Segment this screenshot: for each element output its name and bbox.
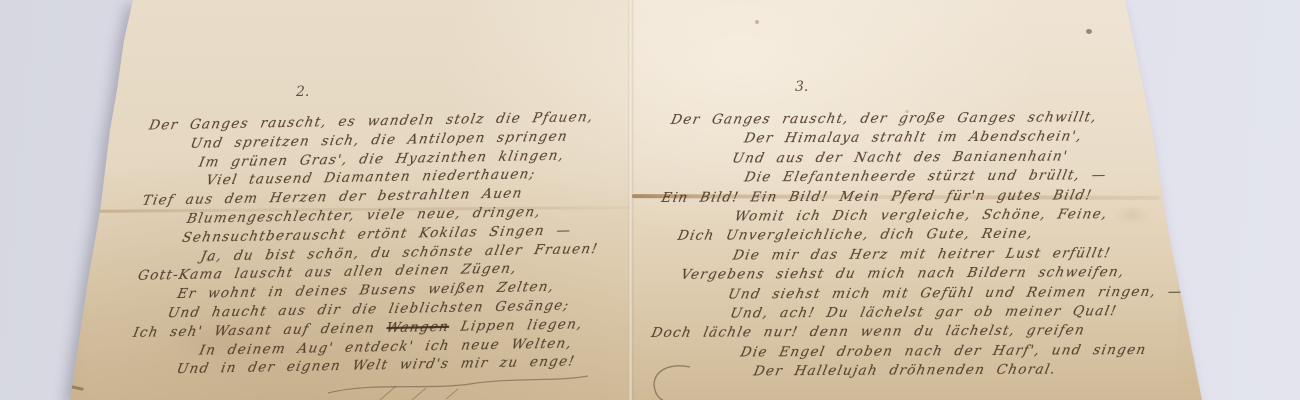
left-page-bottom-swash — [328, 376, 588, 393]
poem-line: Der Hallelujah dröhnenden Choral. — [752, 360, 1185, 382]
page-number-3: 3. — [795, 79, 808, 95]
left-page-cutoff-strokes — [380, 386, 458, 400]
poem-line: Vergebens siehst du mich nach Bildern sc… — [679, 263, 1184, 285]
poem-line: Der Himalaya strahlt im Abendschein', — [742, 127, 1183, 149]
manuscript-page-2: Der Ganges rauscht, es wandeln stolz die… — [125, 108, 598, 380]
manuscript-sheet: 2. 3. Der Ganges rauscht, es wandeln sto… — [0, 0, 1300, 400]
manuscript-page-3: Der Ganges rauscht, der große Ganges sch… — [645, 108, 1181, 383]
line-post-text: Lippen liegen, — [459, 316, 584, 334]
page-number-2: 2. — [296, 84, 309, 100]
poem-line: Die Elefantenheerde stürzt und brüllt, — — [742, 166, 1183, 188]
line-pre-text: Ich seh' Wasant auf deinen — [132, 320, 377, 341]
vertical-fold-crease — [628, 0, 634, 400]
stain-spot — [1086, 29, 1092, 34]
photo-background: 2. 3. Der Ganges rauscht, es wandeln sto… — [0, 0, 1300, 400]
poem-line: Und siehst mich mit Gefühl und Reimen ri… — [726, 282, 1184, 304]
stain-spot — [755, 20, 759, 24]
manuscript-sheet-wrap: 2. 3. Der Ganges rauscht, es wandeln sto… — [0, 0, 1300, 400]
pencil-mark — [56, 382, 84, 391]
crossed-out-word: Wangen — [385, 319, 451, 336]
